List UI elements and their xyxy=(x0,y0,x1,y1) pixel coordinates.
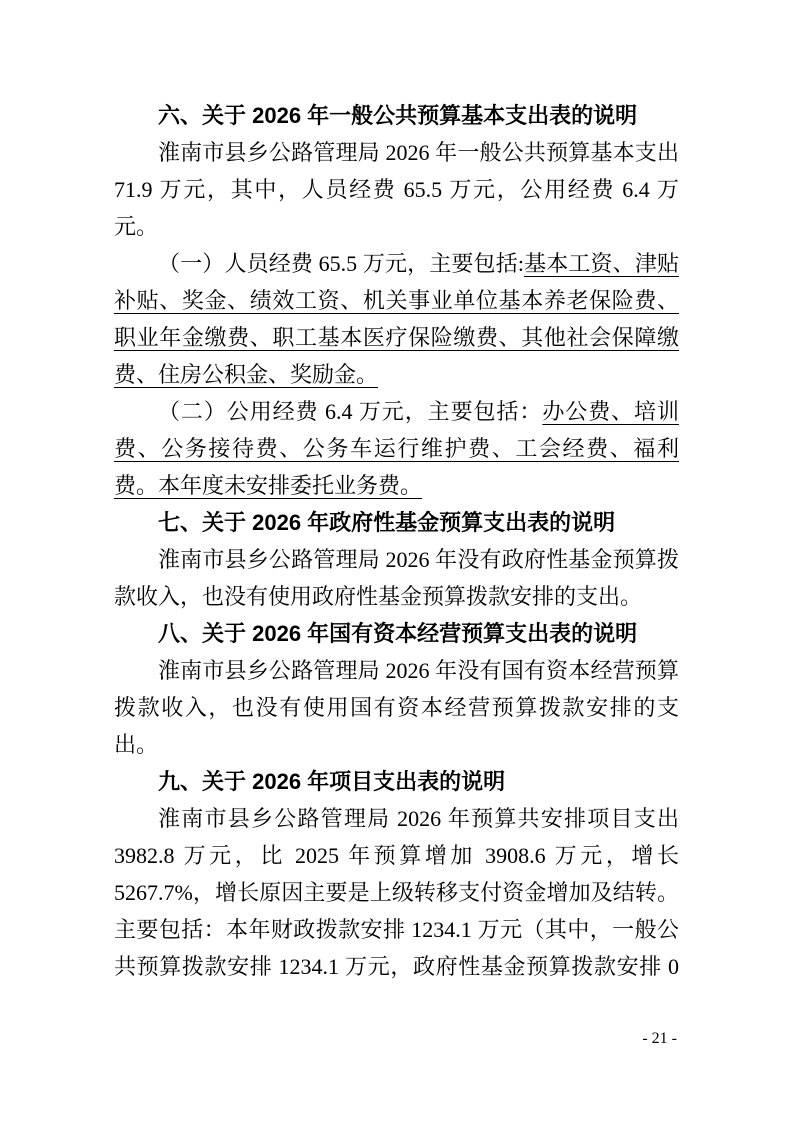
text-segment: 淮南市县乡公路管理局 2026 年没有国有资本经营预算拨款收入，也没有使用国有资… xyxy=(114,658,679,757)
section-project-expenditure: 九、关于 2026 年项目支出表的说明 淮南市县乡公路管理局 2026 年预算共… xyxy=(114,763,679,985)
paragraph: （二）公用经费 6.4 万元，主要包括：办公费、培训费、公务接待费、公务车运行维… xyxy=(114,393,679,504)
section-heading: 六、关于 2026 年一般公共预算基本支出表的说明 xyxy=(114,97,679,134)
paragraph: 淮南市县乡公路管理局 2026 年预算共安排项目支出 3982.8 万元，比 2… xyxy=(114,800,679,985)
paragraph: 淮南市县乡公路管理局 2026 年一般公共预算基本支出 71.9 万元，其中，人… xyxy=(114,134,679,245)
section-heading: 八、关于 2026 年国有资本经营预算支出表的说明 xyxy=(114,615,679,652)
section-basic-expenditure: 六、关于 2026 年一般公共预算基本支出表的说明 淮南市县乡公路管理局 202… xyxy=(114,97,679,504)
paragraph: （一）人员经费 65.5 万元，主要包括:基本工资、津贴补贴、奖金、绩效工资、机… xyxy=(114,245,679,393)
section-government-fund: 七、关于 2026 年政府性基金预算支出表的说明 淮南市县乡公路管理局 2026… xyxy=(114,504,679,615)
text-segment: 淮南市县乡公路管理局 2026 年预算共安排项目支出 3982.8 万元，比 2… xyxy=(114,806,679,979)
text-segment: 淮南市县乡公路管理局 2026 年没有政府性基金预算拨款收入，也没有使用政府性基… xyxy=(114,547,679,609)
text-segment: （一）人员经费 65.5 万元，主要包括: xyxy=(158,251,524,276)
paragraph: 淮南市县乡公路管理局 2026 年没有政府性基金预算拨款收入，也没有使用政府性基… xyxy=(114,541,679,615)
document-page: 六、关于 2026 年一般公共预算基本支出表的说明 淮南市县乡公路管理局 202… xyxy=(0,0,793,1122)
section-state-capital: 八、关于 2026 年国有资本经营预算支出表的说明 淮南市县乡公路管理局 202… xyxy=(114,615,679,763)
section-heading: 九、关于 2026 年项目支出表的说明 xyxy=(114,763,679,800)
section-heading: 七、关于 2026 年政府性基金预算支出表的说明 xyxy=(114,504,679,541)
text-segment: 淮南市县乡公路管理局 2026 年一般公共预算基本支出 71.9 万元，其中，人… xyxy=(114,140,679,239)
page-number: - 21 - xyxy=(642,1029,677,1049)
paragraph: 淮南市县乡公路管理局 2026 年没有国有资本经营预算拨款收入，也没有使用国有资… xyxy=(114,652,679,763)
document-body: 六、关于 2026 年一般公共预算基本支出表的说明 淮南市县乡公路管理局 202… xyxy=(114,97,679,985)
text-segment: （二）公用经费 6.4 万元，主要包括： xyxy=(158,399,542,424)
